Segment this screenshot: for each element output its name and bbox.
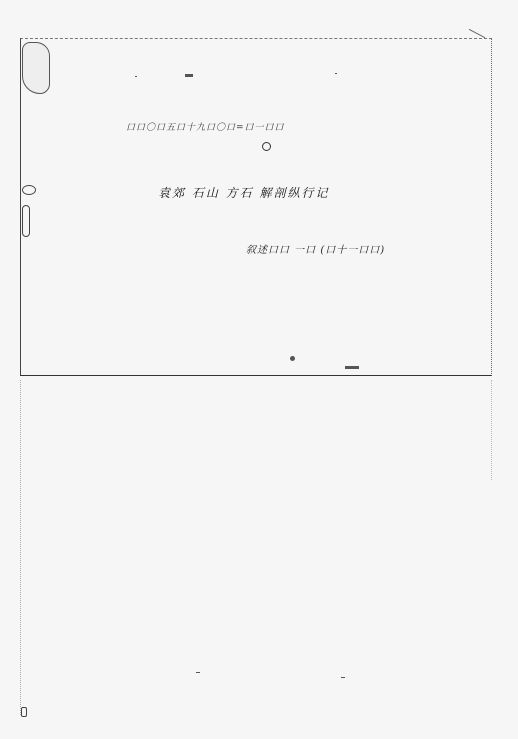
circle-mark-icon (262, 142, 271, 151)
speck (135, 76, 137, 77)
margin-mark (21, 707, 27, 717)
speck (196, 672, 200, 673)
left-margin-rule (20, 380, 22, 715)
speck (345, 366, 359, 369)
page-frame (20, 38, 492, 376)
speck (341, 677, 345, 678)
speck (290, 356, 295, 361)
margin-smudge (22, 185, 36, 195)
margin-smudge (22, 205, 30, 237)
speck (335, 73, 337, 74)
edge-crease (469, 29, 485, 38)
speck (185, 74, 193, 77)
right-margin-rule (491, 380, 493, 480)
document-subtitle: 叙述口口 一口 (口十一口口) (246, 241, 385, 256)
document-title: 袁郊 石山 方石 解剖纵行记 (158, 184, 329, 201)
reference-line: 口口〇口五口十九口〇口=口一口口 (126, 120, 285, 133)
torn-corner-mark (22, 42, 50, 94)
